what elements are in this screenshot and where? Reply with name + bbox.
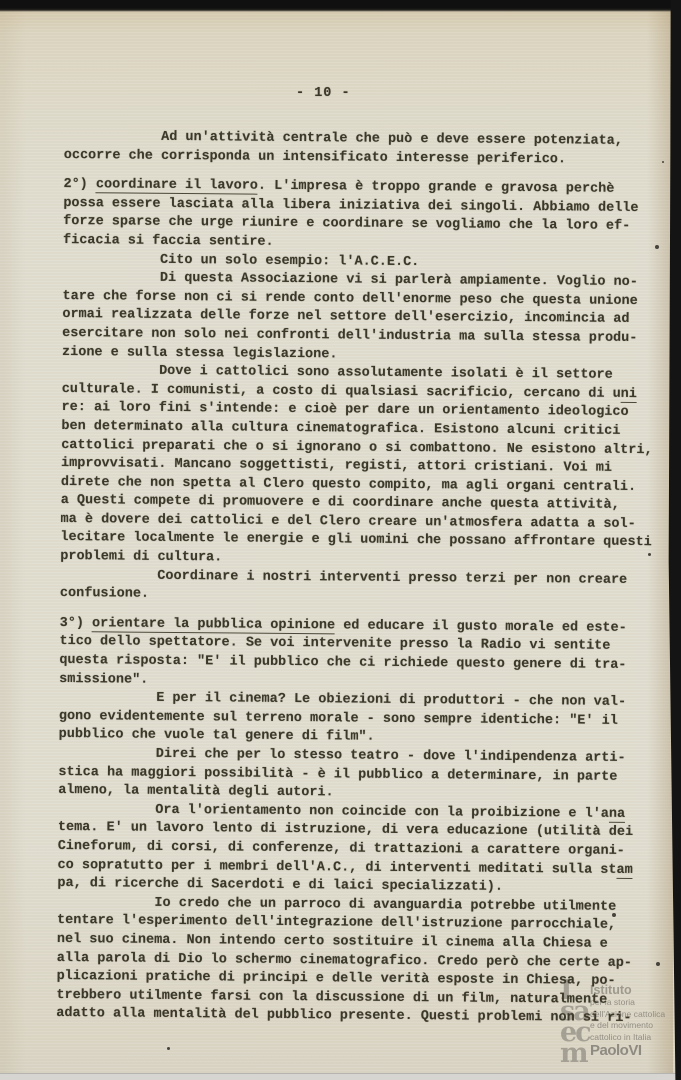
ink-speck [648,553,651,556]
underlined-text: am [616,862,632,878]
watermark-brand: PaoloVI [590,1043,668,1059]
paragraph-point-2: 2°) coordinare il lavoro. L'impresa è tr… [60,176,655,609]
ink-speck [167,1047,170,1050]
underlined-text: coordinare il lavoro [96,177,258,194]
ink-speck [662,161,664,163]
ink-speck [656,962,660,966]
underlined-text: orientare la pubblica opinione [92,616,335,634]
typewritten-text: Ad un'attività centrale che può e deve e… [56,128,655,1029]
paragraph-intro: Ad un'attività centrale che può e deve e… [64,128,656,170]
paragraph-point-3: 3°) orientare la pubblica opinione ed ed… [56,615,651,1029]
page-number: - 10 - [296,85,351,103]
scan-border-top [0,0,681,12]
scan-edge-bottom [0,1073,681,1080]
underlined-text: na [609,807,625,823]
ink-speck [655,245,659,249]
underlined-text: ni [621,387,637,403]
ink-speck [612,913,616,917]
